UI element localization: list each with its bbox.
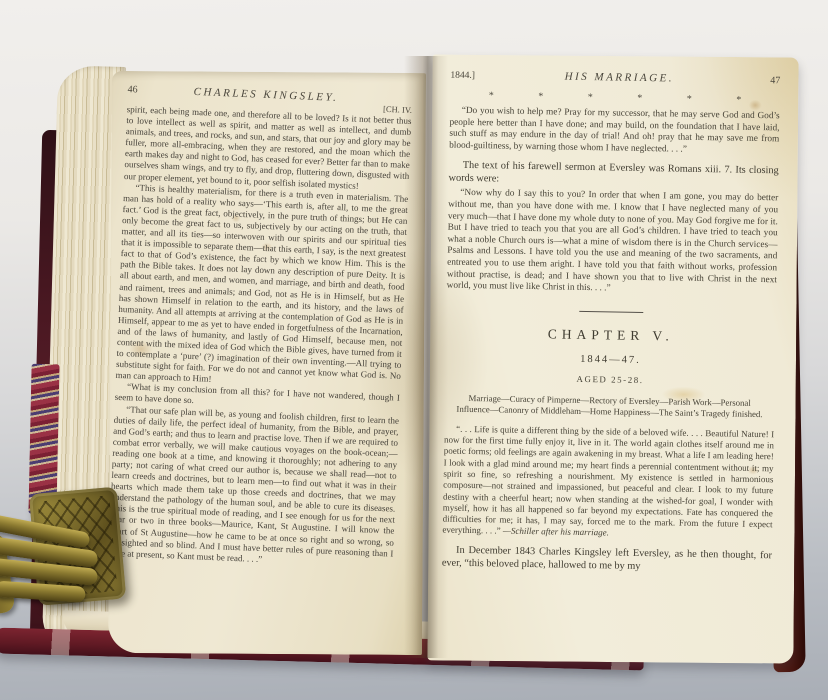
right-quote-paragraph: “Do you wish to help me? Pray for my suc…	[449, 106, 780, 158]
chapter-epigraph: “. . . Life is quite a different thing b…	[442, 423, 774, 542]
left-page-text-block: 46 CHARLES KINGSLEY. [CH. IV. spirit, ea…	[108, 71, 426, 579]
right-running-title: HIS MARRIAGE.	[496, 69, 742, 85]
chapter-aged: AGED 25-28.	[445, 371, 775, 387]
left-paragraph: spirit, each being made one, and therefo…	[124, 104, 412, 194]
right-quote-paragraph: “Now why do I say this to you? In order …	[447, 188, 779, 298]
book-photograph: 46 CHARLES KINGSLEY. [CH. IV. spirit, ea…	[0, 0, 828, 700]
chapter-synopsis: Marriage—Curacy of Pimperne—Rectory of E…	[452, 392, 766, 419]
chapter-heading: CHAPTER V.	[446, 324, 776, 346]
left-paragraph: “That our safe plan will be, as young an…	[108, 403, 399, 570]
right-paragraph: The text of his farewell sermon at Evers…	[448, 159, 778, 191]
chapter-mark: [CH. IV.	[366, 103, 412, 115]
section-rule	[579, 311, 643, 313]
left-page-number: 46	[127, 84, 165, 97]
left-page: 46 CHARLES KINGSLEY. [CH. IV. spirit, ea…	[108, 71, 426, 655]
brass-clasp	[0, 482, 131, 621]
date-mark: 1844.]	[450, 71, 496, 82]
left-running-head: 46 CHARLES KINGSLEY. [CH. IV.	[127, 83, 412, 107]
left-paragraph: “This is healthy materialism, for there …	[115, 182, 408, 393]
epigraph-attribution: —Schiller after his marriage.	[503, 526, 609, 538]
right-page: 1844.] HIS MARRIAGE. 47 * * * * * * “Do …	[427, 54, 798, 663]
chapter-opening-paragraph: In December 1843 Charles Kingsley left E…	[442, 543, 772, 575]
epigraph-text: “. . . Life is quite a different thing b…	[442, 423, 774, 535]
left-running-title: CHARLES KINGSLEY.	[165, 85, 366, 105]
chapter-years: 1844—47.	[445, 351, 775, 368]
right-page-text-block: 1844.] HIS MARRIAGE. 47 * * * * * * “Do …	[427, 54, 798, 588]
right-running-head: 1844.] HIS MARRIAGE. 47	[450, 69, 780, 87]
asterisk-separator: * * * * * *	[450, 90, 780, 107]
right-page-number: 47	[742, 75, 780, 87]
